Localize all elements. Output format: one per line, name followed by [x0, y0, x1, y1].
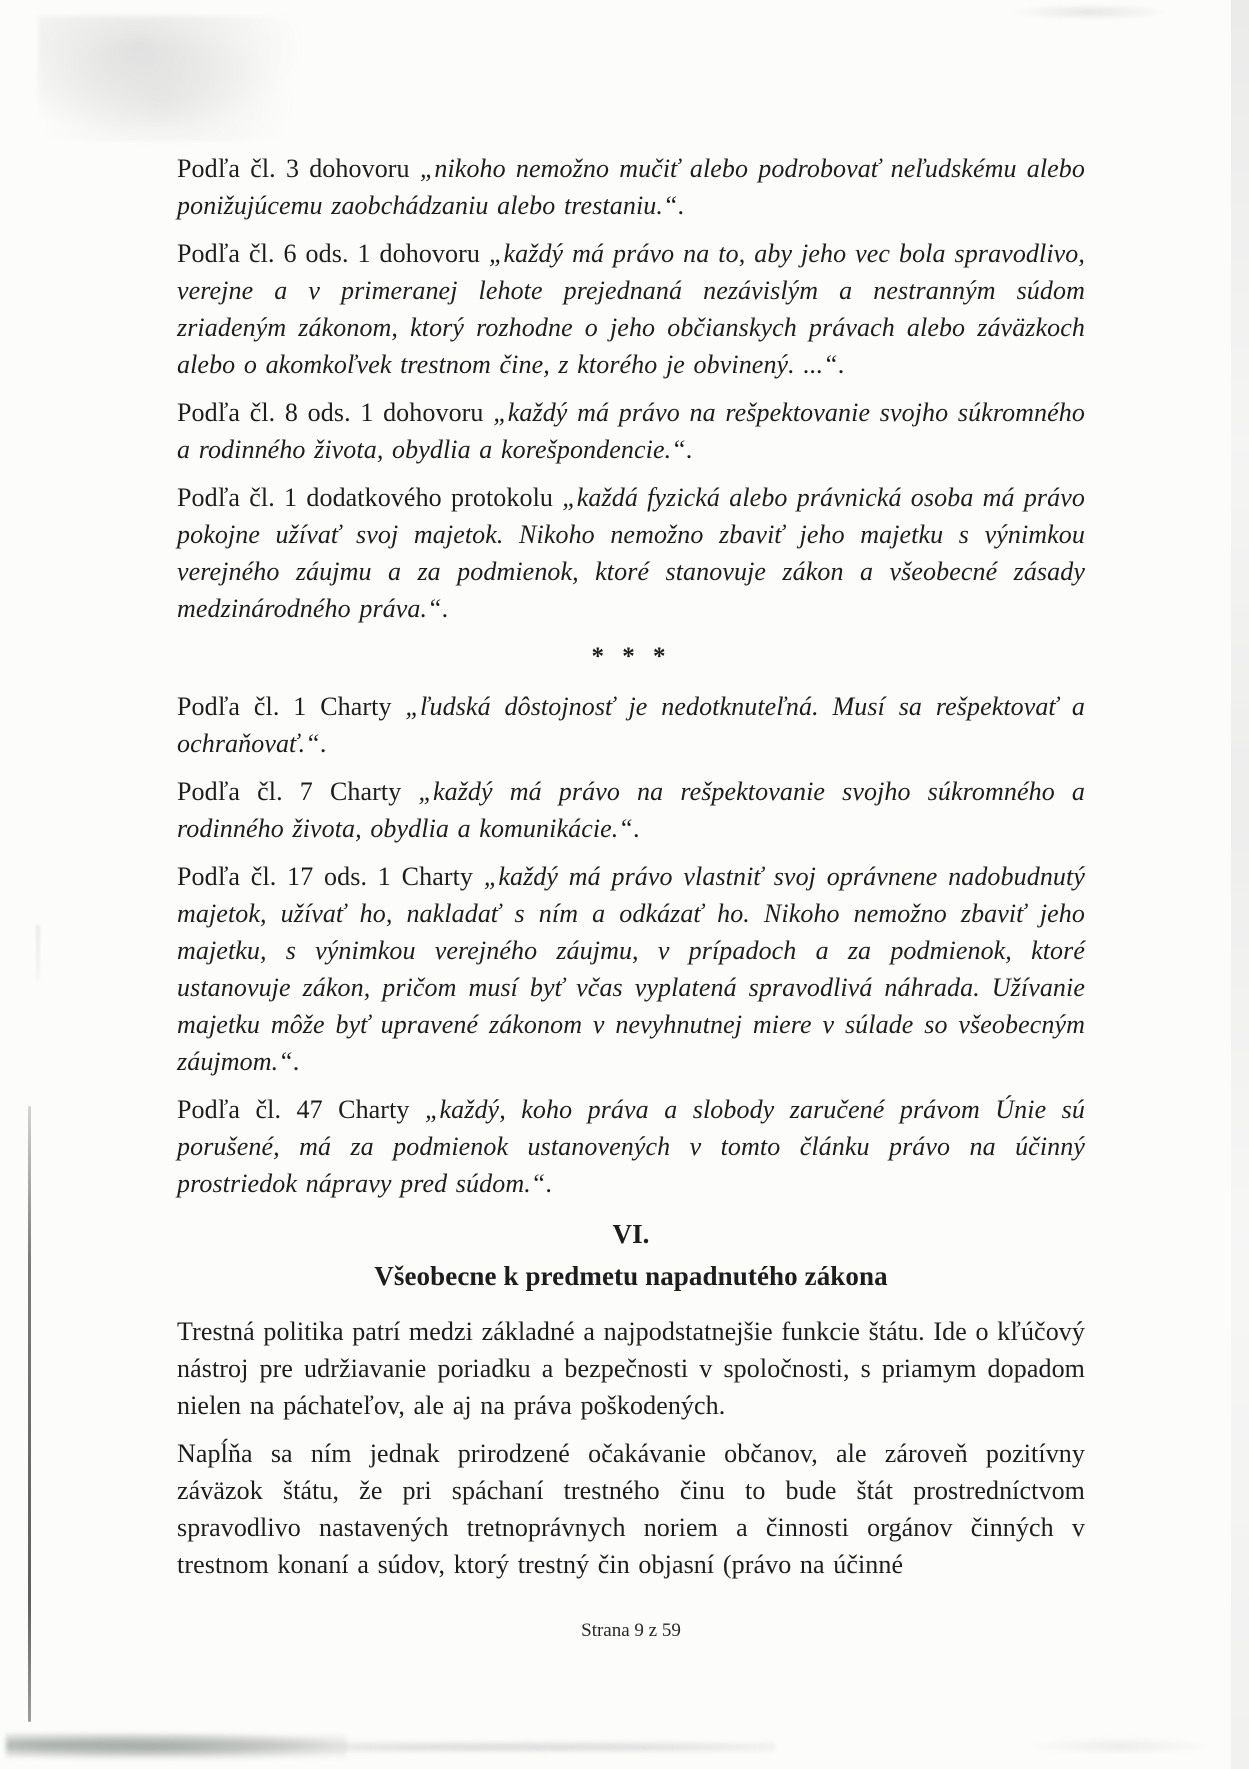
section-number: VI.	[177, 1213, 1085, 1255]
paragraph: Podľa čl. 1 Charty „ľudská dôstojnosť je…	[177, 688, 1085, 762]
paragraph: Podľa čl. 8 ods. 1 dohovoru „každý má pr…	[177, 394, 1085, 468]
paragraph-segment: .	[838, 350, 845, 379]
paragraph-segment: .	[686, 435, 693, 464]
document-page: Podľa čl. 3 dohovoru „nikoho nemožno muč…	[0, 0, 1249, 1769]
paragraph-segment: Podľa čl. 7 Charty	[177, 777, 418, 806]
paragraph: Podľa čl. 7 Charty „každý má právo na re…	[177, 773, 1085, 847]
scan-pen-line-left-margin	[28, 1106, 31, 1722]
paragraph-segment: .	[320, 729, 327, 758]
section-heading: VI.Všeobecne k predmetu napadnutého záko…	[177, 1213, 1085, 1297]
paragraph: Napĺňa sa ním jednak prirodzené očakávan…	[177, 1435, 1085, 1583]
paragraph: Podľa čl. 6 ods. 1 dohovoru „každý má pr…	[177, 235, 1085, 383]
paragraph-segment: Trestná politika patrí medzi základné a …	[177, 1317, 1085, 1420]
page-footer: Strana 9 z 59	[177, 1620, 1085, 1642]
paragraph: Podľa čl. 47 Charty „každý, koho práva a…	[177, 1091, 1085, 1202]
scan-mark-left-margin	[36, 925, 40, 980]
paragraph-segment: Napĺňa sa ním jednak prirodzené očakávan…	[177, 1439, 1085, 1579]
paragraph-segment: .	[633, 814, 640, 843]
paragraph-segment: .	[678, 191, 685, 220]
paragraph-segment: Podľa čl. 47 Charty	[177, 1095, 425, 1124]
paragraph-segment: .	[442, 594, 449, 623]
paragraph-segment: .	[293, 1047, 300, 1076]
paragraph: Podľa čl. 3 dohovoru „nikoho nemožno muč…	[177, 150, 1085, 224]
paragraph-segment: Podľa čl. 1 dodatkového protokolu	[177, 483, 562, 512]
section-separator: * * *	[177, 638, 1085, 675]
paragraph-segment: .	[545, 1169, 552, 1198]
scan-specks-top-right	[1015, 4, 1165, 20]
paragraph-segment: Podľa čl. 17 ods. 1 Charty	[177, 862, 484, 891]
paragraph: Podľa čl. 17 ods. 1 Charty „každý má prá…	[177, 858, 1085, 1080]
scan-smudge-top-left	[38, 16, 318, 141]
scan-smudge-bottom-right	[1030, 1738, 1210, 1754]
paragraph-segment: Podľa čl. 3 dohovoru	[177, 154, 420, 183]
scan-smudge-bottom-left	[6, 1733, 346, 1759]
scan-smudge-bottom-center	[345, 1740, 775, 1754]
paragraph: Trestná politika patrí medzi základné a …	[177, 1313, 1085, 1424]
paragraph: Podľa čl. 1 dodatkového protokolu „každá…	[177, 479, 1085, 627]
section-title: Všeobecne k predmetu napadnutého zákona	[177, 1255, 1085, 1297]
document-body: Podľa čl. 3 dohovoru „nikoho nemožno muč…	[177, 150, 1085, 1594]
scan-streak-right-edge	[1231, 0, 1249, 1769]
paragraph-segment: Podľa čl. 8 ods. 1 dohovoru	[177, 398, 493, 427]
paragraph-segment: Podľa čl. 1 Charty	[177, 692, 405, 721]
paragraph-segment: „každý má právo vlastniť svoj oprávnene …	[177, 862, 1085, 1076]
paragraph-segment: Podľa čl. 6 ods. 1 dohovoru	[177, 239, 489, 268]
